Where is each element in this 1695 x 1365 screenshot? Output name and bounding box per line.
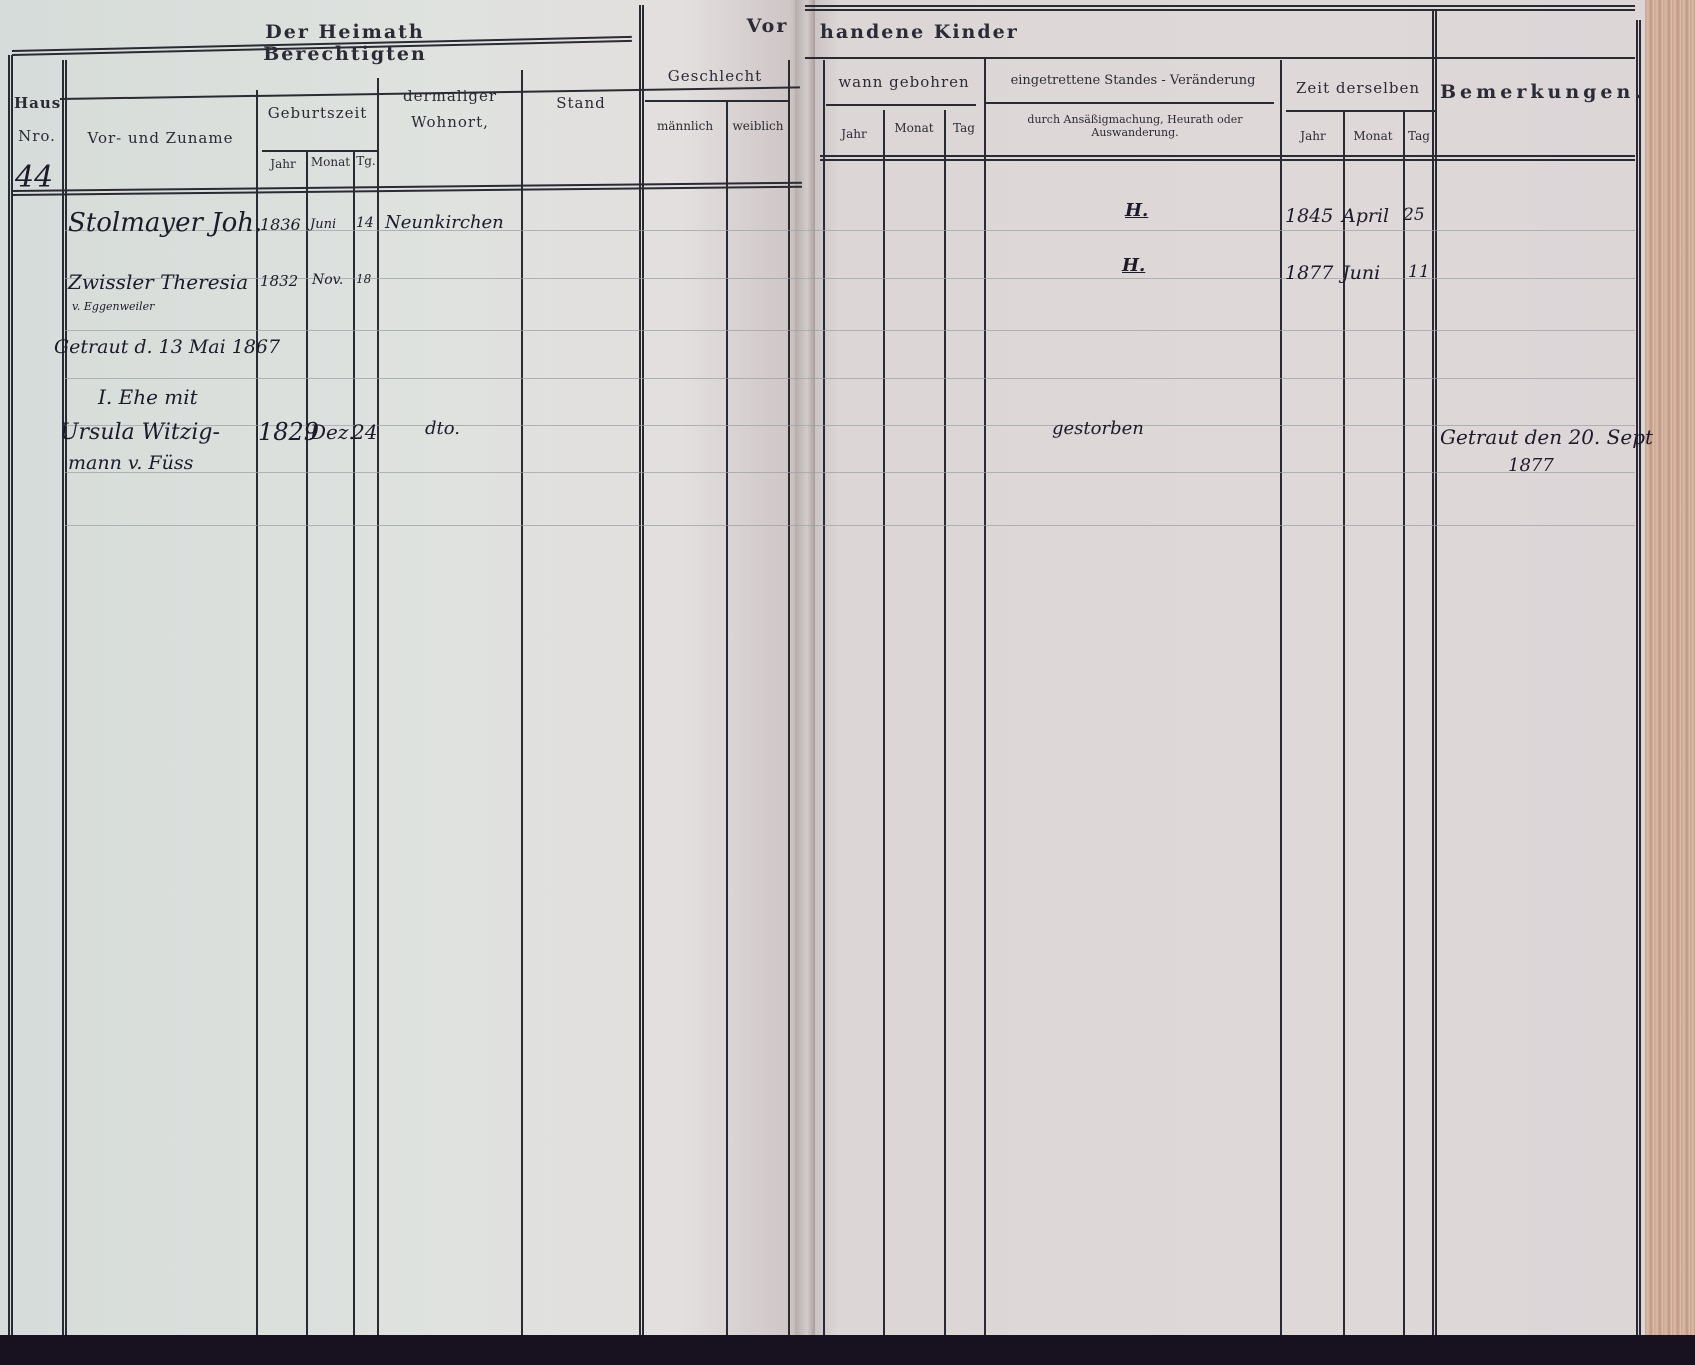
entry-1-birth-day: 14 <box>356 215 374 231</box>
geburt-monat-header: Monat <box>308 156 353 170</box>
entry-5-remark: Getraut den 20. Sept <box>1440 425 1653 449</box>
col-divider-maennlich <box>726 100 728 1335</box>
entry-5-status-change: gestorben <box>1052 418 1144 439</box>
left-outer-border <box>8 55 13 1335</box>
zeit-sub-rule <box>1286 110 1436 112</box>
col-divider-k-jahr <box>883 110 885 1335</box>
entry-1-change-month: April <box>1342 205 1389 227</box>
left-page <box>0 0 805 1345</box>
entry-5-remark-year: 1877 <box>1508 455 1554 476</box>
entry-2-change-day: 11 <box>1408 262 1430 282</box>
right-outer-border <box>1636 20 1641 1335</box>
col-divider-veraenderung <box>1280 60 1282 1335</box>
col-divider-wohnort <box>521 70 523 1335</box>
wann-gebohren-header: wann gebohren <box>826 74 982 91</box>
right-top-border <box>805 5 1635 11</box>
entry-1-change-year: 1845 <box>1285 205 1333 227</box>
entry-1-status-change: H. <box>1125 200 1148 221</box>
entry-1-birth-month: Juni <box>310 217 336 232</box>
entry-2-name: Zwissler Theresia <box>68 270 248 294</box>
entry-2-name-note: v. Eggenweiler <box>72 300 154 313</box>
haus-label: Haus <box>14 95 60 112</box>
col-divider-z-monat <box>1403 110 1405 1335</box>
col-divider-monat <box>353 150 355 1335</box>
right-inner-border <box>823 60 825 1335</box>
entry-1-residence: Neunkirchen <box>385 212 504 233</box>
entry-5-birth-month: Dez. <box>310 420 355 444</box>
title-part-vor: Vor <box>735 16 800 38</box>
ruled-line <box>65 525 1635 526</box>
title-part-handene-kinder: handene Kinder <box>820 22 1020 44</box>
entry-1-name: Stolmayer Joh. <box>68 208 262 238</box>
standes-veraenderung-header: eingetrettene Standes - Veränderung <box>988 74 1278 89</box>
k-jahr-header: Jahr <box>826 128 882 142</box>
entry-5-name: Ursula Witzig- <box>60 420 220 445</box>
entry-1-birth-year: 1836 <box>260 215 301 234</box>
entry-5-residence: dto. <box>425 418 460 439</box>
entry-2-birth-day: 18 <box>356 272 371 286</box>
right-header-bottom <box>820 155 1635 161</box>
geschlecht-sub-rule <box>645 100 788 102</box>
left-header-title: Der Heimath Berechtigten <box>180 22 510 66</box>
open-register-book: Der Heimath Berechtigten Haus Nro. Vor- … <box>0 0 1695 1340</box>
wohnort-header-line1: dermaliger <box>382 88 518 105</box>
entry-5-birth-day: 24 <box>352 420 377 444</box>
left-inner-border <box>788 60 790 1335</box>
standes-veraenderung-sub: durch Ansäßigmachung, Heurath oder Auswa… <box>1005 114 1265 139</box>
col-divider-zeit <box>1432 10 1437 1335</box>
k-tag-header: Tag <box>945 122 983 136</box>
z-monat-header: Monat <box>1345 130 1401 144</box>
weiblich-header: weiblich <box>728 120 788 134</box>
entry-2-status-change: H. <box>1122 255 1145 276</box>
z-jahr-header: Jahr <box>1285 130 1341 144</box>
entry-1-change-day: 25 <box>1403 205 1425 225</box>
nro-label: Nro. <box>14 128 60 145</box>
bemerkungen-header: Bemerkungen. <box>1440 82 1635 104</box>
geburtszeit-header: Geburtszeit <box>260 105 375 122</box>
maennlich-header: männlich <box>645 120 725 134</box>
col-divider-haus <box>62 60 67 1335</box>
zeit-derselben-header: Zeit derselben <box>1284 80 1432 97</box>
col-divider-k-monat <box>944 110 946 1335</box>
geburt-sub-rule <box>262 150 377 152</box>
entry-4-first-marriage: I. Ehe mit <box>98 385 198 409</box>
col-divider-gebohren <box>984 57 986 1335</box>
veraenderung-sub-rule <box>984 102 1274 104</box>
entry-2-birth-month: Nov. <box>312 272 343 288</box>
z-tag-header: Tag <box>1405 130 1433 144</box>
wohnort-header-line2: Wohnort, <box>382 114 518 131</box>
ruled-line <box>65 278 1635 279</box>
name-column-header: Vor- und Zuname <box>68 130 253 147</box>
geburt-tag-header: Tg. <box>354 155 378 169</box>
right-page <box>805 0 1645 1345</box>
col-divider-stand <box>639 5 644 1335</box>
col-divider-geburt <box>377 78 379 1335</box>
k-monat-header: Monat <box>885 122 943 136</box>
geburt-jahr-header: Jahr <box>260 158 306 172</box>
ruled-line <box>65 378 1635 379</box>
entry-2-change-month: Juni <box>1342 262 1380 284</box>
right-title-rule <box>805 57 1635 59</box>
ruled-line <box>65 330 1635 331</box>
background-shadow <box>0 1335 1695 1365</box>
entry-5-name-cont: mann v. Füss <box>68 452 193 474</box>
house-number: 44 <box>15 160 53 195</box>
stand-header: Stand <box>525 95 637 112</box>
book-gutter <box>795 0 815 1345</box>
gebohren-sub-rule <box>826 104 976 106</box>
page-fore-edge <box>1645 0 1695 1345</box>
col-divider-z-jahr <box>1343 110 1345 1335</box>
col-divider-name <box>256 90 258 1335</box>
entry-2-change-year: 1877 <box>1285 262 1333 284</box>
ruled-line <box>65 472 1635 473</box>
entry-2-birth-year: 1832 <box>260 272 298 290</box>
entry-3-marriage-note: Getraut d. 13 Mai 1867 <box>54 336 280 358</box>
col-divider-jahr <box>306 150 308 1335</box>
geschlecht-header: Geschlecht <box>645 68 785 85</box>
